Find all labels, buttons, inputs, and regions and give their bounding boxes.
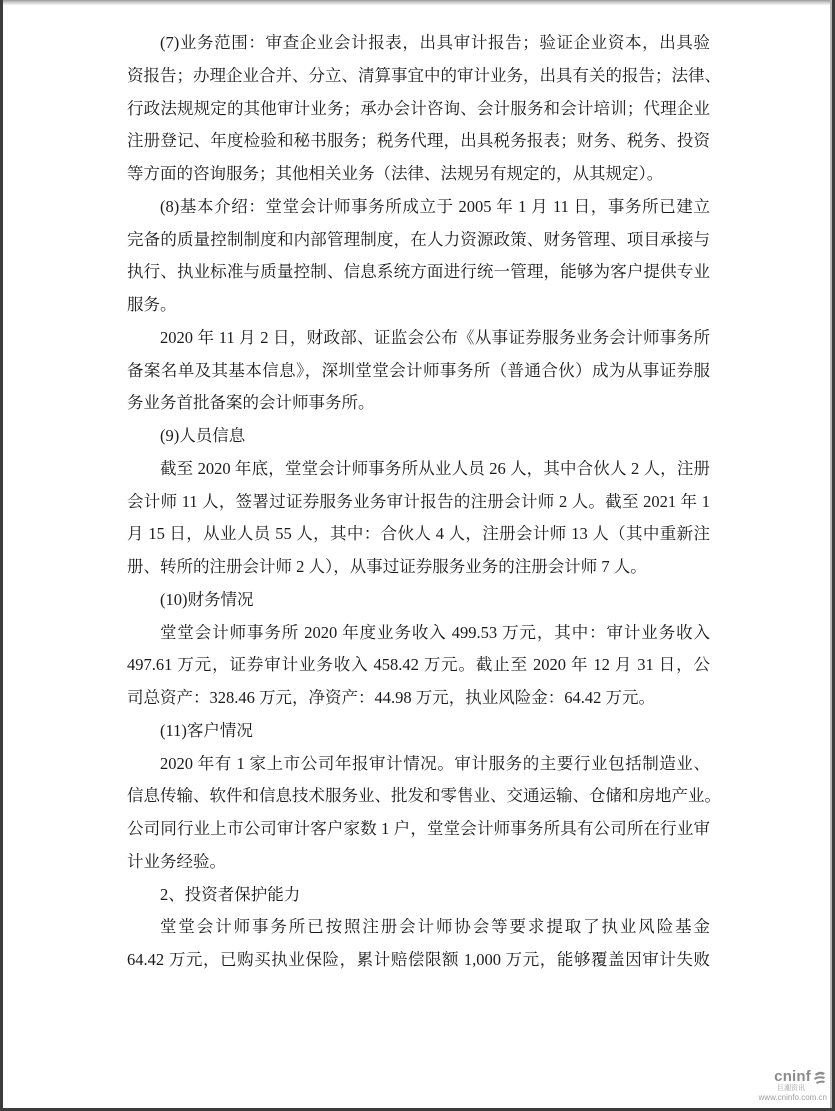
section-heading-clients: (11)客户情况 xyxy=(127,715,710,748)
text-line-clients-4: 计业务经验。 xyxy=(127,846,710,879)
document-body: (7)业务范围：审查企业会计报表，出具审计报告；验证企业资本，出具验 资报告；办… xyxy=(127,27,710,977)
cninfo-logo: cninf xyxy=(747,1069,827,1084)
cninfo-url: www.cninfo.com.cn xyxy=(747,1093,827,1103)
text-line-finances-2: 497.61 万元，证券审计业务收入 458.42 万元。截止至 2020 年 … xyxy=(127,649,710,682)
page-left-border xyxy=(0,0,3,1111)
text-line-personnel-2: 会计师 11 人，签署过证券服务业务审计报告的注册会计师 2 人。截至 2021… xyxy=(127,486,710,519)
text-line-finances-3: 司总资产：328.46 万元，净资产：44.98 万元，执业风险金：64.42 … xyxy=(127,682,710,715)
text-line-business-scope-4: 注册登记、年度检验和秘书服务；税务代理，出具税务报表；财务、税务、投资 xyxy=(127,125,710,158)
text-line-basic-intro-4: 服务。 xyxy=(127,289,710,322)
text-line-finances-1: 堂堂会计师事务所 2020 年度业务收入 499.53 万元，其中：审计业务收入 xyxy=(127,617,710,650)
text-line-clients-3: 公司同行业上市公司审计客户家数 1 户，堂堂会计师事务所具有公司所在行业审 xyxy=(127,813,710,846)
text-line-personnel-4: 册、转所的注册会计师 2 人），从事过证券服务业务的注册会计师 7 人。 xyxy=(127,551,710,584)
cninfo-chinese-name: 巨潮资讯 xyxy=(747,1084,805,1093)
text-line-filing-2: 备案名单及其基本信息》，深圳堂堂会计师事务所（普通合伙）成为从事证券服 xyxy=(127,355,710,388)
section-heading-finances: (10)财务情况 xyxy=(127,584,710,617)
page-top-edge xyxy=(0,0,835,5)
text-line-business-scope-1: (7)业务范围：审查企业会计报表，出具审计报告；验证企业资本，出具验 xyxy=(127,27,710,60)
text-line-basic-intro-1: (8)基本介绍：堂堂会计师事务所成立于 2005 年 1 月 11 日，事务所已… xyxy=(127,191,710,224)
text-line-business-scope-3: 行政法规规定的其他审计业务；承办会计咨询、会计服务和会计培训；代理企业 xyxy=(127,93,710,126)
text-line-investor-protection-2: 64.42 万元，已购买执业保险，累计赔偿限额 1,000 万元，能够覆盖因审计… xyxy=(127,944,710,977)
document-page: (7)业务范围：审查企业会计报表，出具审计报告；验证企业资本，出具验 资报告；办… xyxy=(0,0,835,1111)
text-line-clients-2: 信息传输、软件和信息技术服务业、批发和零售业、交通运输、仓储和房地产业。 xyxy=(127,780,710,813)
text-line-personnel-1: 截至 2020 年底，堂堂会计师事务所从业人员 26 人，其中合伙人 2 人，注… xyxy=(127,453,710,486)
section-heading-personnel: (9)人员信息 xyxy=(127,420,710,453)
text-line-clients-1: 2020 年有 1 家上市公司年报审计情况。审计服务的主要行业包括制造业、 xyxy=(127,748,710,781)
text-line-filing-1: 2020 年 11 月 2 日，财政部、证监会公布《从事证券服务业务会计师事务所 xyxy=(127,322,710,355)
text-line-basic-intro-2: 完备的质量控制制度和内部管理制度，在人力资源政策、财务管理、项目承接与 xyxy=(127,224,710,257)
text-line-basic-intro-3: 执行、执业标准与质量控制、信息系统方面进行统一管理，能够为客户提供专业 xyxy=(127,256,710,289)
text-line-business-scope-2: 资报告；办理企业合并、分立、清算事宜中的审计业务，出具有关的报告；法律、 xyxy=(127,60,710,93)
text-line-business-scope-5: 等方面的咨询服务；其他相关业务（法律、法规另有规定的，从其规定）。 xyxy=(127,158,710,191)
cninfo-swirl-icon xyxy=(813,1070,827,1084)
cninfo-watermark: cninf 巨潮资讯 www.cninfo.com.cn xyxy=(747,1069,827,1103)
text-line-filing-3: 务业务首批备案的会计师事务所。 xyxy=(127,387,710,420)
text-line-personnel-3: 月 15 日，从业人员 55 人，其中：合伙人 4 人，注册会计师 13 人（其… xyxy=(127,518,710,551)
section-heading-investor-protection: 2、投资者保护能力 xyxy=(127,879,710,912)
cninfo-logo-text: cninf xyxy=(774,1069,811,1084)
text-line-investor-protection-1: 堂堂会计师事务所已按照注册会计师协会等要求提取了执业风险基金 xyxy=(127,911,710,944)
